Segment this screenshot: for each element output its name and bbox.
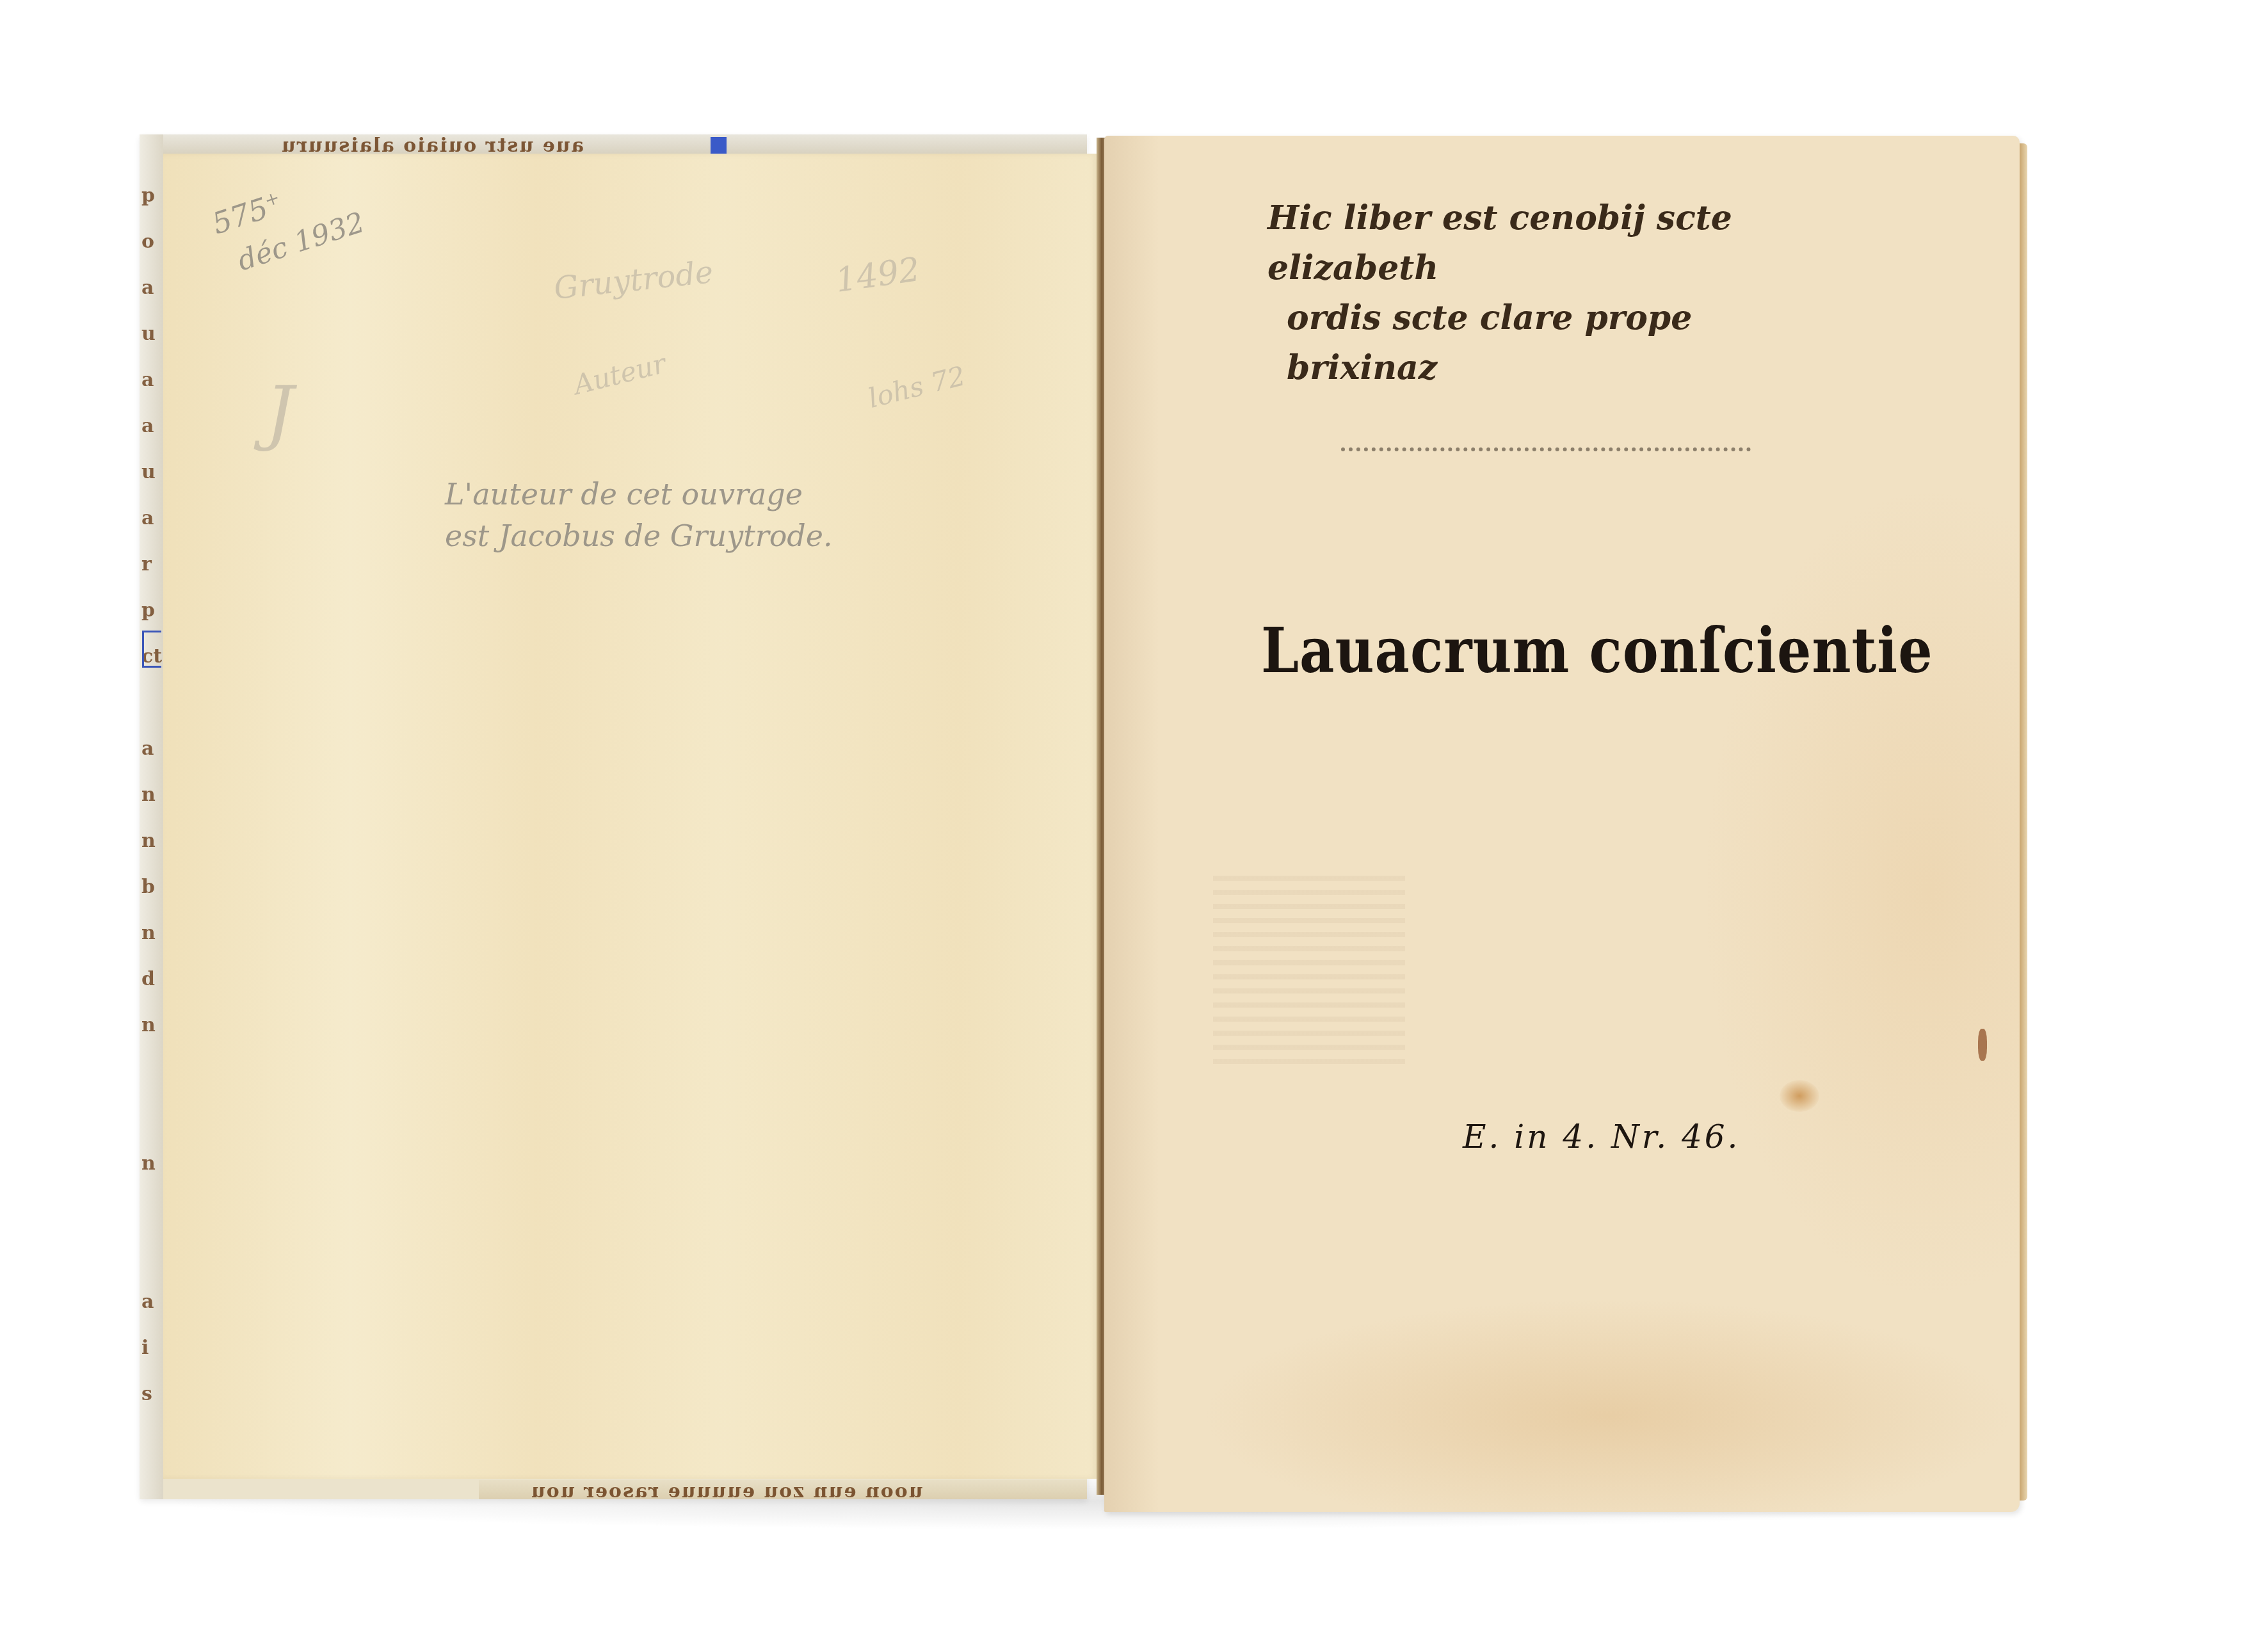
- rust-mark: [1978, 1029, 1987, 1061]
- erased-note-5: lohs 72: [865, 360, 968, 414]
- erased-note-2: Gruytrode: [552, 254, 715, 307]
- inscription-line-2: ordis scte clare prope brixinaz: [1267, 293, 1844, 393]
- attribution-line-1: L'auteur de cet ouvrage: [445, 477, 803, 511]
- manuscript-waste-top-turn-in: aue ustr ouiaio alaisuuru: [140, 134, 1087, 154]
- blue-initial-top: [711, 137, 727, 154]
- foxing-stain: [1780, 1080, 1819, 1112]
- title-page: Hic liber est cenobij scte elizabeth ord…: [1104, 136, 2020, 1512]
- accession-number: 575: [208, 191, 272, 241]
- inscription-line-1: Hic liber est cenobij scte elizabeth: [1267, 193, 1844, 293]
- ownership-inscription: Hic liber est cenobij scte elizabeth ord…: [1267, 193, 1844, 393]
- erased-note-1: J: [266, 371, 294, 453]
- printed-ornament-rule: [1341, 447, 1751, 460]
- manuscript-text-bottom: uoon eun zou euuuue rasoer uou: [530, 1480, 923, 1499]
- shelfmark: E. in 4. Nr. 46.: [1463, 1118, 1740, 1155]
- printed-title: Lauacrum conſcientie: [1261, 615, 1933, 688]
- left-pastedown: 575+ déc 1932 J Gruytrode 1492 Auteur lo…: [163, 154, 1098, 1479]
- manuscript-text-top: aue ustr ouiaio alaisuuru: [280, 134, 584, 154]
- text-block-fore-edge: [2020, 143, 2027, 1501]
- manuscript-waste-left-turn-in: poauaauarpct annbndn n ais: [140, 134, 163, 1499]
- print-show-through: [1213, 872, 1405, 1064]
- manuscript-text-left-column: poauaauarpct annbndn n ais: [141, 173, 162, 1463]
- manuscript-waste-bottom-turn-in: uoon eun zou euuuue rasoer uou: [479, 1480, 1087, 1499]
- attribution-line-2: est Jacobus de Gruytrode.: [445, 519, 833, 553]
- erased-note-4: Auteur: [570, 348, 669, 401]
- erased-note-3: 1492: [833, 250, 922, 300]
- blue-initial-left: [142, 631, 161, 668]
